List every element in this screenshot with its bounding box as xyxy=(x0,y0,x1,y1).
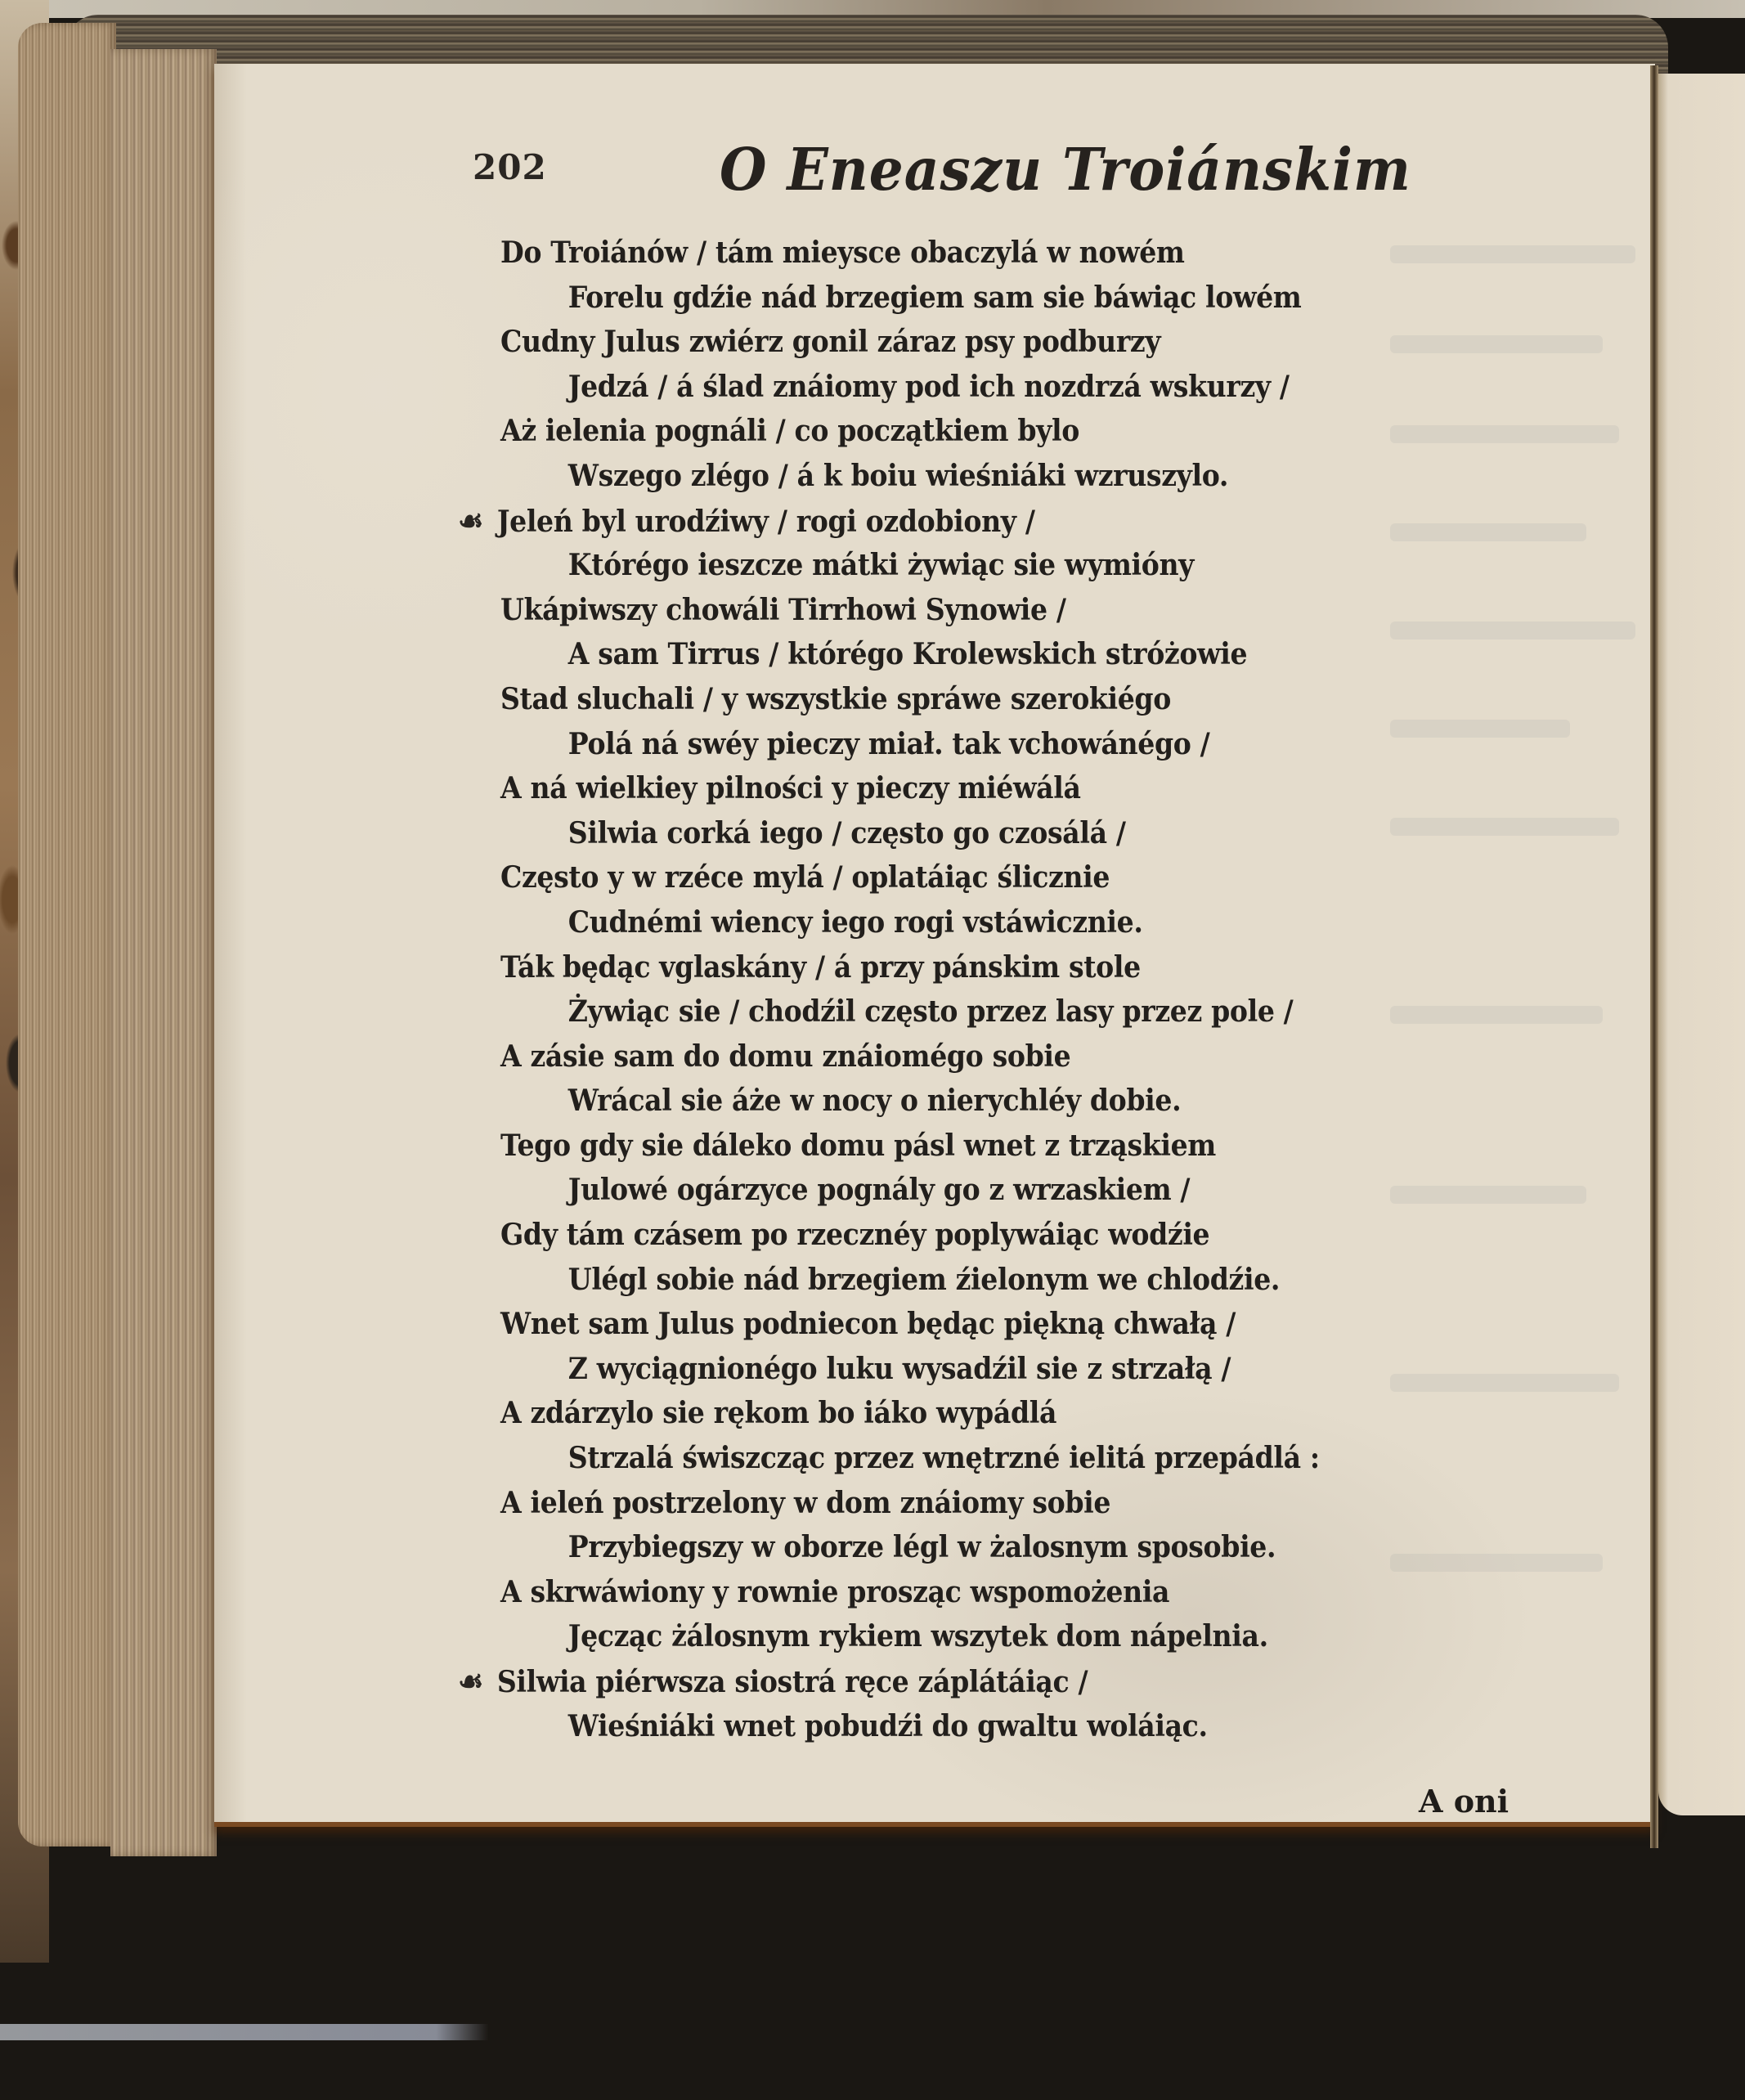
verse-line-text: A zdárzylo sie rękom bo iáko wypádlá xyxy=(500,1396,1056,1430)
verse-line: Tego gdy sie dáleko domu pásl wnet z trz… xyxy=(500,1124,1403,1169)
verse-line-text: Strzalá świszcząc przez wnętrzné ielitá … xyxy=(568,1441,1320,1475)
verse-block: Do Troiánów / tám mieysce obaczylá w now… xyxy=(500,231,1482,1748)
verse-line-text: A ná wielkiey pilności y pieczy miéwálá xyxy=(500,771,1081,805)
verse-line-text: A skrwáwiony y rownie prosząc wspomożeni… xyxy=(500,1575,1169,1609)
verse-line: Wrácal sie áże w nocy o nierychléy dobie… xyxy=(500,1079,1403,1124)
verse-line: Gdy tám czásem po rzecznéy poplywáiąc wo… xyxy=(500,1213,1403,1258)
verse-line: Jęcząc żálosnym rykiem wszytek dom nápel… xyxy=(500,1614,1403,1659)
verse-line-text: Cudnémi wiency iego rogi vstáwicznie. xyxy=(568,905,1143,940)
verse-line: A ná wielkiey pilności y pieczy miéwálá xyxy=(500,766,1403,811)
verse-line: Wieśniáki wnet pobudźi do gwaltu woláiąc… xyxy=(500,1704,1403,1749)
verse-line: Ták będąc vglaskány / á przy pánskim sto… xyxy=(500,945,1403,990)
verse-line-text: Cudny Julus zwiérz gonil záraz psy podbu… xyxy=(500,325,1160,359)
verse-line-text: Wnet sam Julus podniecon będąc piękną ch… xyxy=(500,1307,1236,1341)
verse-line-text: Aż ielenia pognáli / co początkiem bylo xyxy=(500,414,1079,448)
verse-line: A ieleń postrzelony w dom znáiomy sobie xyxy=(500,1481,1403,1526)
verse-line: Którégo ieszcze mátki żywiąc sie wymióny xyxy=(500,543,1403,588)
verse-line-text: Forelu gdźie nád brzegiem sam sie báwiąc… xyxy=(568,280,1302,315)
verse-line-text: Polá ná swéy pieczy miał. tak vchowánégo… xyxy=(568,727,1210,761)
verse-line: Stad sluchali / y wszystkie spráwe szero… xyxy=(500,677,1403,722)
verse-line-text: Ukápiwszy chowáli Tirrhowi Synowie / xyxy=(500,593,1066,627)
verse-line-text: Przybiegszy w oborze légl w żalosnym spo… xyxy=(568,1530,1276,1564)
page-edges-inner xyxy=(110,49,217,1856)
verse-line-text: A ieleń postrzelony w dom znáiomy sobie xyxy=(500,1486,1110,1520)
verse-line: Żywiąc sie / chodźil często przez lasy p… xyxy=(500,989,1403,1034)
facing-page-edge xyxy=(1658,74,1745,1815)
verse-line: A skrwáwiony y rownie prosząc wspomożeni… xyxy=(500,1570,1403,1615)
book-gutter xyxy=(1650,65,1658,1848)
verse-line: Polá ná swéy pieczy miał. tak vchowánégo… xyxy=(500,722,1403,767)
verse-line: A zásie sam do domu znáiomégo sobie xyxy=(500,1034,1403,1079)
verse-line: Jedzá / á ślad znáiomy pod ich nozdrzá w… xyxy=(500,365,1403,410)
verse-line-text: Jedzá / á ślad znáiomy pod ich nozdrzá w… xyxy=(568,370,1290,404)
verse-line-text: Do Troiánów / tám mieysce obaczylá w now… xyxy=(500,236,1185,270)
verse-line-text: Wszego zlégo / á k boiu wieśniáki wzrusz… xyxy=(568,459,1228,493)
verse-line-text: Tego gdy sie dáleko domu pásl wnet z trz… xyxy=(500,1129,1216,1163)
verse-line-text: Gdy tám czásem po rzecznéy poplywáiąc wo… xyxy=(500,1218,1209,1252)
verse-line: Z wyciągnionégo luku wysadźil sie z strz… xyxy=(500,1347,1403,1392)
verse-line-text: Ulégl sobie nád brzegiem źielonym we chl… xyxy=(568,1263,1280,1297)
verse-line-text: Wrácal sie áże w nocy o nierychléy dobie… xyxy=(568,1084,1181,1118)
running-head: O Eneaszu Troiánskim xyxy=(720,135,1411,204)
verse-line: Ukápiwszy chowáli Tirrhowi Synowie / xyxy=(500,588,1403,633)
verse-line-text: Silwia corká iego / często go czosálá / xyxy=(568,816,1126,850)
pilcrow-icon: ☙ xyxy=(458,499,497,544)
verse-line-text: Żywiąc sie / chodźil często przez lasy p… xyxy=(568,994,1294,1029)
verse-line-text: Julowé ogárzyce pognály go z wrzaskiem / xyxy=(568,1173,1190,1207)
verse-line: ☙Silwia piérwsza siostrá ręce záplátáiąc… xyxy=(458,1659,1400,1704)
page-edges-outer xyxy=(18,23,116,1846)
scan-artifact xyxy=(0,2024,1745,2040)
verse-line: Ulégl sobie nád brzegiem źielonym we chl… xyxy=(500,1258,1403,1303)
verse-line: Aż ielenia pognáli / co początkiem bylo xyxy=(500,409,1403,454)
verse-line: Julowé ogárzyce pognály go z wrzaskiem / xyxy=(500,1168,1403,1213)
verse-line-text: Często y w rzéce mylá / oplatáiąc śliczn… xyxy=(500,860,1110,895)
verse-line: Często y w rzéce mylá / oplatáiąc śliczn… xyxy=(500,855,1403,900)
verse-line: Wnet sam Julus podniecon będąc piękną ch… xyxy=(500,1302,1403,1347)
verse-line: Cudny Julus zwiérz gonil záraz psy podbu… xyxy=(500,320,1403,365)
verse-line-text: Jeleń byl urodźiwy / rogi ozdobiony / xyxy=(497,505,1035,539)
verse-line-text: Ták będąc vglaskány / á przy pánskim sto… xyxy=(500,950,1141,985)
verse-line: Cudnémi wiency iego rogi vstáwicznie. xyxy=(500,900,1403,945)
verse-line: Przybiegszy w oborze légl w żalosnym spo… xyxy=(500,1525,1403,1570)
verse-line-text: Którégo ieszcze mátki żywiąc sie wymióny xyxy=(568,548,1194,582)
verse-line-text: Wieśniáki wnet pobudźi do gwaltu woláiąc… xyxy=(568,1709,1208,1743)
verse-line: A sam Tirrus / którégo Krolewskich stróż… xyxy=(500,632,1403,677)
verse-line: Forelu gdźie nád brzegiem sam sie báwiąc… xyxy=(500,276,1403,321)
verse-line-text: Jęcząc żálosnym rykiem wszytek dom nápel… xyxy=(568,1619,1268,1654)
verse-line: Strzalá świszcząc przez wnętrzné ielitá … xyxy=(500,1436,1403,1481)
verse-line-text: Silwia piérwsza siostrá ręce záplátáiąc … xyxy=(497,1665,1088,1699)
pilcrow-icon: ☙ xyxy=(458,1659,497,1704)
verse-line-text: A zásie sam do domu znáiomégo sobie xyxy=(500,1039,1070,1074)
verse-line: Silwia corká iego / często go czosálá / xyxy=(500,811,1403,856)
verse-line-text: Stad sluchali / y wszystkie spráwe szero… xyxy=(500,682,1171,716)
verse-line-text: Z wyciągnionégo luku wysadźil sie z strz… xyxy=(568,1352,1231,1386)
verse-line: ☙Jeleń byl urodźiwy / rogi ozdobiony / xyxy=(458,499,1400,544)
verse-line: Wszego zlégo / á k boiu wieśniáki wzrusz… xyxy=(500,454,1403,499)
catchword: A oni xyxy=(1419,1783,1509,1820)
verse-line: A zdárzylo sie rękom bo iáko wypádlá xyxy=(500,1391,1403,1436)
verse-line-text: A sam Tirrus / którégo Krolewskich stróż… xyxy=(568,637,1247,671)
page-number: 202 xyxy=(473,147,547,187)
verse-line: Do Troiánów / tám mieysce obaczylá w now… xyxy=(500,231,1403,276)
